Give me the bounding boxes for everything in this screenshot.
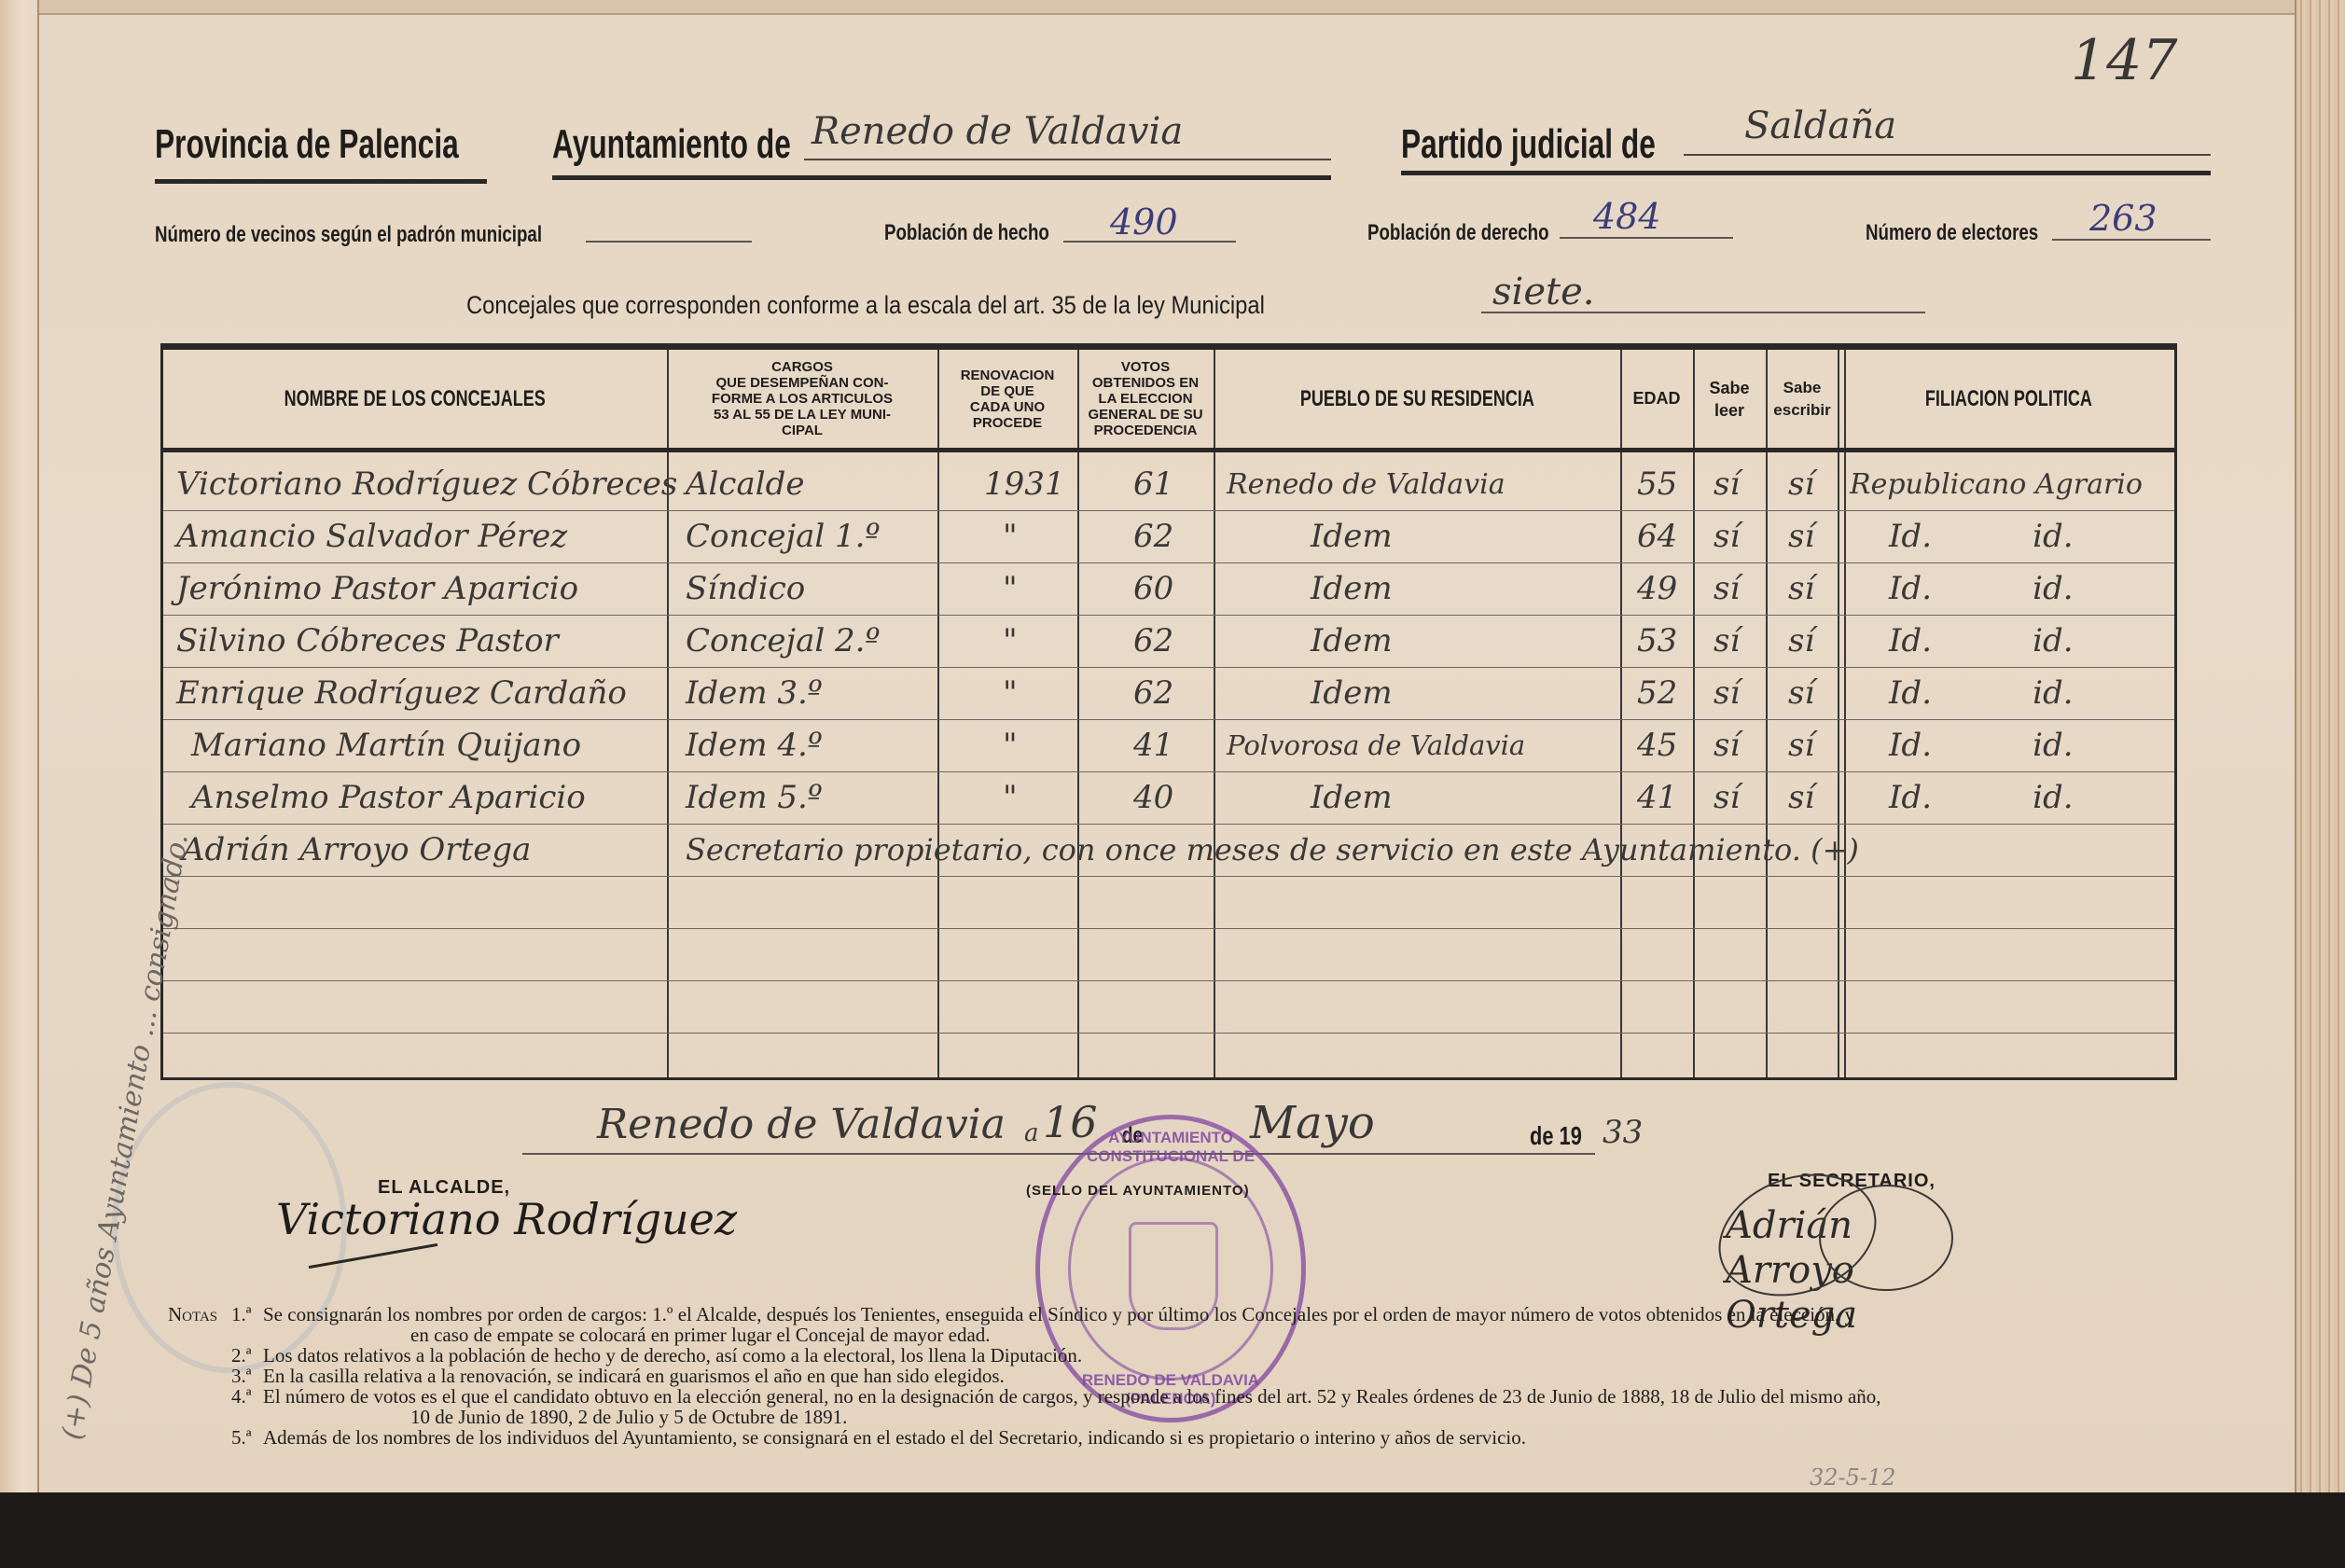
cell-pueblo: Idem: [1311, 771, 1393, 824]
col-header-edad: EDAD: [1620, 350, 1693, 448]
book-binding: [0, 0, 39, 1492]
place-value: Renedo de Valdavia: [597, 1101, 1006, 1148]
cell-filiacion: Id. id.: [1889, 771, 2074, 824]
cell-cargo: Idem 5.º: [686, 771, 823, 824]
year-prefix: de 19: [1530, 1121, 1582, 1151]
col-divider: [1077, 350, 1079, 1077]
sello-label: (SELLO DEL AYUNTAMIENTO): [1026, 1183, 1250, 1199]
cell-edad: 49: [1637, 562, 1677, 615]
cell-renovacion: ": [1003, 562, 1018, 615]
derecho-value: 484: [1593, 196, 1661, 237]
cell-edad: 64: [1637, 510, 1677, 562]
note-continuation: 10 de Junio de 1890, 2 de Julio y 5 de O…: [168, 1407, 2248, 1427]
cell-secretario-note: Secretario propietario, con once meses d…: [686, 824, 1859, 876]
notes-section: Notas 1.ª Se consignarán los nombres por…: [168, 1304, 2248, 1448]
col-header-label: CARGOS QUE DESEMPEÑAN CON- FORME A LOS A…: [712, 359, 893, 438]
cell-votos: 60: [1133, 562, 1173, 615]
cell-cargo: Idem 3.º: [686, 667, 823, 719]
col-header-label: Sabe escribir: [1773, 377, 1830, 422]
signature-loop: [1819, 1185, 1953, 1291]
col-header-label: Sabe leer: [1709, 377, 1749, 422]
cell-votos: 62: [1133, 510, 1173, 562]
ayuntamiento-fill-line: [804, 159, 1331, 160]
cell-renovacion: ": [1003, 667, 1018, 719]
header-separator: [163, 448, 2174, 452]
col-header-pueblo: PUEBLO DE SU RESIDENCIA: [1214, 350, 1620, 448]
cell-pueblo: Renedo de Valdavia: [1227, 458, 1506, 510]
cell-pueblo: Idem: [1311, 562, 1393, 615]
cell-nombre: Adrián Arroyo Ortega: [182, 824, 531, 876]
ayuntamiento-underline: [552, 175, 1331, 180]
cell-pueblo: Polvorosa de Valdavia: [1227, 719, 1525, 771]
col-header-label: NOMBRE DE LOS CONCEJALES: [284, 386, 546, 412]
col-header-votos: VOTOS OBTENIDOS EN LA ELECCION GENERAL D…: [1077, 350, 1214, 448]
cell-edad: 53: [1637, 615, 1677, 667]
note-number: 4.ª: [231, 1386, 263, 1407]
cell-votos: 61: [1133, 458, 1173, 510]
cell-nombre: Silvino Cóbreces Pastor: [176, 615, 559, 667]
ayuntamiento-label: Ayuntamiento de: [552, 121, 791, 168]
cell-leer: sí: [1714, 615, 1740, 667]
electores-label: Número de electores: [1866, 220, 2038, 246]
cell-edad: 52: [1637, 667, 1677, 719]
note-continuation: en caso de empate se colocará en primer …: [168, 1325, 2248, 1345]
electores-value: 263: [2089, 198, 2158, 239]
cell-nombre: Amancio Salvador Pérez: [176, 510, 567, 562]
hecho-label: Población de hecho: [884, 220, 1049, 246]
cell-leer: sí: [1714, 771, 1740, 824]
note-item: 4.ª El número de votos es el que el cand…: [168, 1386, 2248, 1407]
ayuntamiento-value: Renedo de Valdavia: [812, 110, 1183, 153]
cell-escribir: sí: [1788, 615, 1814, 667]
cell-edad: 41: [1637, 771, 1677, 824]
cell-escribir: sí: [1788, 562, 1814, 615]
cell-filiacion: Id. id.: [1889, 667, 2074, 719]
col-header-label: RENOVACION DE QUE CADA UNO PROCEDE: [961, 368, 1055, 431]
col-header-renovacion: RENOVACION DE QUE CADA UNO PROCEDE: [937, 350, 1077, 448]
cell-leer: sí: [1714, 458, 1740, 510]
col-header-label: FILIACION POLITICA: [1925, 386, 2092, 412]
col-header-label: PUEBLO DE SU RESIDENCIA: [1299, 386, 1533, 412]
cell-nombre: Anselmo Pastor Aparicio: [191, 771, 586, 824]
cell-pueblo: Idem: [1311, 667, 1393, 719]
cell-cargo: Concejal 2.º: [686, 615, 880, 667]
note-text: El número de votos es el que el candidat…: [263, 1386, 2248, 1407]
cell-nombre: Jerónimo Pastor Aparicio: [176, 562, 578, 615]
cell-escribir: sí: [1788, 458, 1814, 510]
partido-label: Partido judicial de: [1401, 121, 1656, 168]
note-text: Los datos relativos a la población de he…: [263, 1345, 2248, 1366]
cell-escribir: sí: [1788, 771, 1814, 824]
cell-edad: 55: [1637, 458, 1677, 510]
vecinos-label: Número de vecinos según el padrón munici…: [155, 222, 542, 248]
cell-filiacion: Republicano Agrario: [1850, 458, 2143, 510]
cell-filiacion: Id. id.: [1889, 510, 2074, 562]
cell-renovacion: ": [1003, 510, 1018, 562]
hecho-fill-line: [1063, 241, 1236, 243]
col-header-leer: Sabe leer: [1693, 350, 1766, 448]
col-divider: [937, 350, 939, 1077]
cell-nombre: Enrique Rodríguez Cardaño: [176, 667, 627, 719]
page-top-edge: [37, 0, 2296, 15]
cell-leer: sí: [1714, 510, 1740, 562]
cell-renovacion: ": [1003, 771, 1018, 824]
cell-renovacion: 1931: [984, 458, 1065, 510]
cell-filiacion: Id. id.: [1889, 719, 2074, 771]
note-item: 3.ª En la casilla relativa a la renovaci…: [168, 1366, 2248, 1386]
col-header-escribir: Sabe escribir: [1766, 350, 1839, 448]
cell-votos: 62: [1133, 667, 1173, 719]
col-divider: [1766, 350, 1768, 1077]
note-item: 2.ª Los datos relativos a la población d…: [168, 1345, 2248, 1366]
note-number: 1.ª: [231, 1304, 263, 1325]
provincia-underline: [155, 179, 487, 184]
cell-votos: 62: [1133, 615, 1173, 667]
provincia-label: Provincia de Palencia: [155, 121, 459, 168]
partido-value: Saldaña: [1744, 104, 1896, 147]
note-number: 3.ª: [231, 1366, 263, 1386]
cell-filiacion: Id. id.: [1889, 562, 2074, 615]
col-divider: [1838, 350, 1846, 1077]
cell-renovacion: ": [1003, 615, 1018, 667]
derecho-fill-line: [1560, 237, 1733, 239]
cell-leer: sí: [1714, 667, 1740, 719]
partido-underline: [1401, 171, 2211, 175]
col-header-label: EDAD: [1632, 391, 1680, 407]
derecho-label: Población de derecho: [1367, 220, 1549, 246]
cell-pueblo: Idem: [1311, 510, 1393, 562]
cell-votos: 40: [1133, 771, 1173, 824]
cell-leer: sí: [1714, 719, 1740, 771]
row-line: [163, 876, 2174, 877]
note-text: Se consignarán los nombres por orden de …: [263, 1304, 2248, 1325]
hecho-value: 490: [1110, 201, 1178, 243]
pencil-code: 32-5-12: [1810, 1464, 1896, 1491]
cell-leer: sí: [1714, 562, 1740, 615]
cell-escribir: sí: [1788, 667, 1814, 719]
cell-pueblo: Idem: [1311, 615, 1393, 667]
note-item: 5.ª Además de los nombres de los individ…: [168, 1427, 2248, 1448]
col-divider: [1214, 350, 1215, 1077]
row-line: [163, 1033, 2174, 1034]
year-suffix: 33: [1603, 1114, 1643, 1151]
cell-cargo: Idem 4.º: [686, 719, 823, 771]
col-divider: [1620, 350, 1622, 1077]
cell-nombre: Mariano Martín Quijano: [191, 719, 581, 771]
col-divider: [1693, 350, 1695, 1077]
cell-renovacion: ": [1003, 719, 1018, 771]
concejales-label: Concejales que corresponden conforme a l…: [466, 291, 1265, 320]
note-item: Notas 1.ª Se consignarán los nombres por…: [168, 1304, 2248, 1325]
electores-fill-line: [2052, 239, 2211, 241]
scan-background: [0, 1492, 2345, 1568]
page-stack-edge: [2295, 0, 2345, 1492]
col-header-cargos: CARGOS QUE DESEMPEÑAN CON- FORME A LOS A…: [667, 350, 937, 448]
col-header-filiacion: FILIACION POLITICA: [1842, 350, 2174, 448]
partido-fill-line: [1684, 154, 2211, 156]
date-a-label: a: [1024, 1119, 1039, 1147]
row-line: [163, 980, 2174, 981]
document-page: 147 Provincia de Palencia Ayuntamiento d…: [0, 0, 2345, 1492]
concejales-table: NOMBRE DE LOS CONCEJALES CARGOS QUE DESE…: [160, 343, 2177, 1080]
col-header-nombre: NOMBRE DE LOS CONCEJALES: [163, 350, 667, 448]
cell-nombre: Victoriano Rodríguez Cóbreces: [176, 458, 677, 510]
cell-edad: 45: [1637, 719, 1677, 771]
vecinos-fill-line: [586, 241, 752, 243]
note-text: Además de los nombres de los individuos …: [263, 1427, 2248, 1448]
note-number: 5.ª: [231, 1427, 263, 1448]
cell-cargo: Síndico: [686, 562, 805, 615]
cell-votos: 41: [1133, 719, 1173, 771]
folio-number: 147: [2071, 28, 2178, 93]
stamp-top-text: AYUNTAMIENTO CONSTITUCIONAL DE: [1040, 1129, 1301, 1166]
cell-filiacion: Id. id.: [1889, 615, 2074, 667]
concejales-fill-line: [1481, 312, 1925, 313]
note-text: En la casilla relativa a la renovación, …: [263, 1366, 2248, 1386]
cell-cargo: Concejal 1.º: [686, 510, 880, 562]
note-number: 2.ª: [231, 1345, 263, 1366]
row-line: [163, 928, 2174, 929]
notes-heading: Notas: [168, 1304, 231, 1325]
cell-escribir: sí: [1788, 510, 1814, 562]
col-header-label: VOTOS OBTENIDOS EN LA ELECCION GENERAL D…: [1088, 359, 1202, 438]
cell-cargo: Alcalde: [686, 458, 805, 510]
alcalde-signature: Victoriano Rodríguez: [276, 1194, 737, 1244]
concejales-value: siete.: [1492, 271, 1594, 313]
cell-escribir: sí: [1788, 719, 1814, 771]
